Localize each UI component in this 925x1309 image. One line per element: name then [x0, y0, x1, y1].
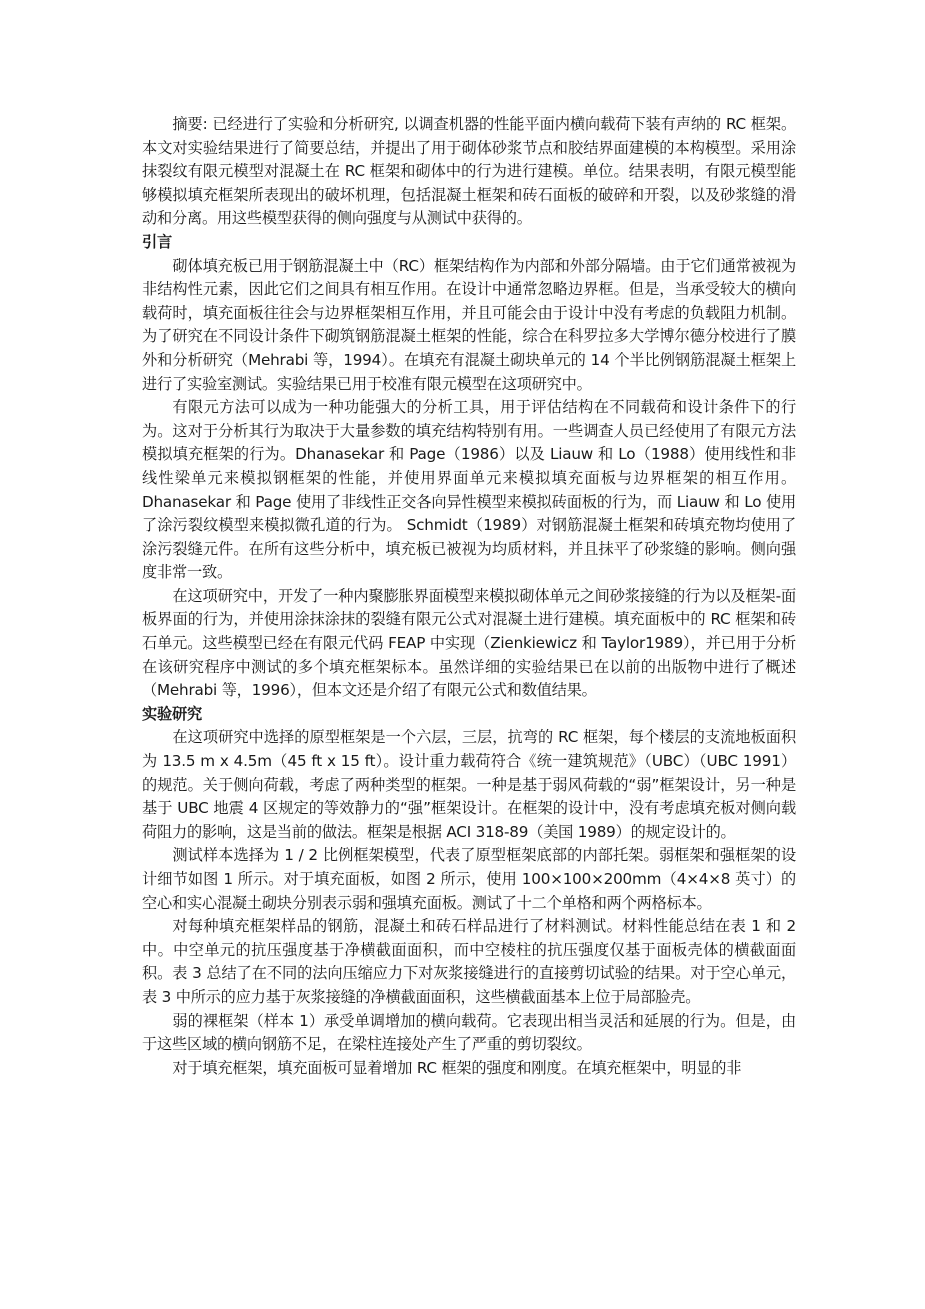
- document-page: 摘要: 已经进行了实验和分析研究, 以调查机器的性能平面内横向载荷下装有声纳的 …: [142, 113, 796, 1080]
- experimental-paragraph-4: 弱的裸框架（样本 1）承受单调增加的横向载荷。它表现出相当灵活和延展的行为。但是…: [142, 1010, 796, 1057]
- experimental-paragraph-3: 对每种填充框架样品的钢筋，混凝土和砖石样品进行了材料测试。材料性能总结在表 1 …: [142, 915, 796, 1009]
- intro-paragraph-1: 砌体填充板已用于钢筋混凝土中（RC）框架结构作为内部和外部分隔墙。由于它们通常被…: [142, 255, 796, 397]
- section-heading-introduction: 引言: [142, 231, 796, 255]
- intro-paragraph-2: 有限元方法可以成为一种功能强大的分析工具，用于评估结构在不同载荷和设计条件下的行…: [142, 396, 796, 585]
- abstract-paragraph: 摘要: 已经进行了实验和分析研究, 以调查机器的性能平面内横向载荷下装有声纳的 …: [142, 113, 796, 231]
- section-heading-experimental-study: 实验研究: [142, 703, 796, 727]
- experimental-paragraph-5: 对于填充框架，填充面板可显着增加 RC 框架的强度和刚度。在填充框架中，明显的非: [142, 1057, 796, 1081]
- experimental-paragraph-1: 在这项研究中选择的原型框架是一个六层，三层，抗弯的 RC 框架，每个楼层的支流地…: [142, 726, 796, 844]
- intro-paragraph-3: 在这项研究中，开发了一种内聚膨胀界面模型来模拟砌体单元之间砂浆接缝的行为以及框架…: [142, 585, 796, 703]
- experimental-paragraph-2: 测试样本选择为 1 / 2 比例框架模型，代表了原型框架底部的内部托架。弱框架和…: [142, 844, 796, 915]
